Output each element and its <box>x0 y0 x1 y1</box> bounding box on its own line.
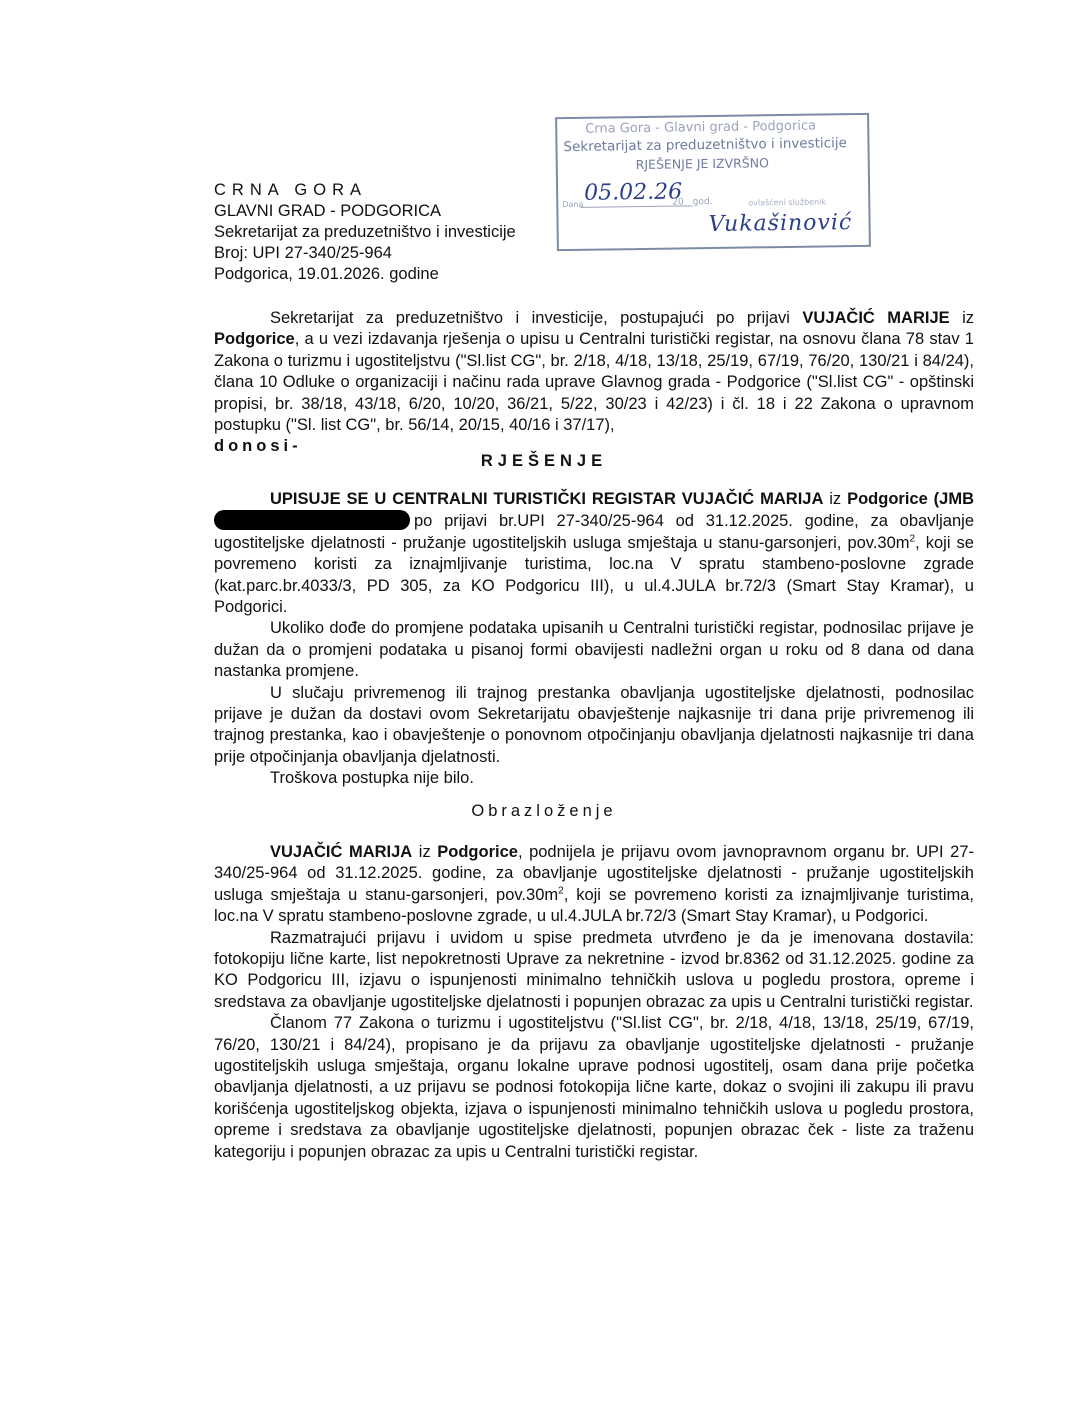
issue-date: Podgorica, 19.01.2026. godine <box>214 264 516 285</box>
intro-text: iz <box>950 309 974 327</box>
stamp-line-1: Crna Gora - Glavni grad - Podgorica <box>585 119 816 137</box>
applicant-name: VUJAČIĆ MARIJA <box>270 843 412 861</box>
applicant-city: Podgorice <box>214 330 295 348</box>
office-name: Sekretarijat za preduzetništvo i investi… <box>214 222 516 243</box>
stamp-line-3: RJEŠENJE JE IZVRŠNO <box>636 155 769 172</box>
decision-title: RJEŠENJE <box>0 452 1088 471</box>
decision-paragraph-2: Ukoliko dođe do promjene podataka upisan… <box>214 618 974 682</box>
applicant-city: Podgorice <box>437 843 518 861</box>
decision-text: iz <box>823 490 847 508</box>
decision-city: Podgorice <box>847 490 928 508</box>
intro-text: Sekretarijat za preduzetništvo i investi… <box>270 309 802 327</box>
intro-section: Sekretarijat za preduzetništvo i investi… <box>214 308 974 458</box>
decision-paragraph-4: Troškova postupka nije bilo. <box>214 768 974 789</box>
stamp-handwritten-date: 05.02.26 <box>584 179 682 205</box>
city-name: GLAVNI GRAD - PODGORICA <box>214 201 516 222</box>
reasoning-section: VUJAČIĆ MARIJA iz Podgorice, podnijela j… <box>214 842 974 1163</box>
reasoning-paragraph-2: Razmatrajući prijavu i uvidom u spise pr… <box>214 928 974 1014</box>
letterhead: CRNA GORA GLAVNI GRAD - PODGORICA Sekret… <box>214 180 516 285</box>
country-name: CRNA GORA <box>214 180 516 201</box>
reasoning-title: Obrazloženje <box>0 802 1088 821</box>
decision-paragraph-3: U slučaju privremenog ili trajnog presta… <box>214 683 974 769</box>
applicant-name: VUJAČIĆ MARIJE <box>802 309 949 327</box>
decision-section: UPISUJE SE U CENTRALNI TURISTIČKI REGIST… <box>214 489 974 790</box>
stamp-signature: Vukašinović <box>708 210 852 237</box>
stamp-official-label: ovlašćeni službenik <box>748 197 826 207</box>
enforcement-stamp: Crna Gora - Glavni grad - Podgorica Sekr… <box>555 113 871 251</box>
stamp-line-2: Sekretarijat za preduzetništvo i investi… <box>563 135 847 155</box>
decision-lead: UPISUJE SE U CENTRALNI TURISTIČKI REGIST… <box>270 490 823 508</box>
stamp-year-suffix: 20__god. <box>672 197 712 208</box>
intro-text: , a u vezi izdavanja rješenja o upisu u … <box>214 330 974 434</box>
redacted-jmb <box>214 510 410 530</box>
reasoning-paragraph: VUJAČIĆ MARIJA iz Podgorice, podnijela j… <box>214 842 974 928</box>
reasoning-paragraph-3: Članom 77 Zakona o turizmu i ugostiteljs… <box>214 1013 974 1163</box>
reasoning-text: iz <box>412 843 437 861</box>
decision-paragraph: UPISUJE SE U CENTRALNI TURISTIČKI REGIST… <box>214 489 974 618</box>
intro-paragraph: Sekretarijat za preduzetništvo i investi… <box>214 308 974 436</box>
jmb-label: (JMB <box>934 490 974 508</box>
document-page: CRNA GORA GLAVNI GRAD - PODGORICA Sekret… <box>0 0 1088 1408</box>
case-number: Broj: UPI 27-340/25-964 <box>214 243 516 264</box>
